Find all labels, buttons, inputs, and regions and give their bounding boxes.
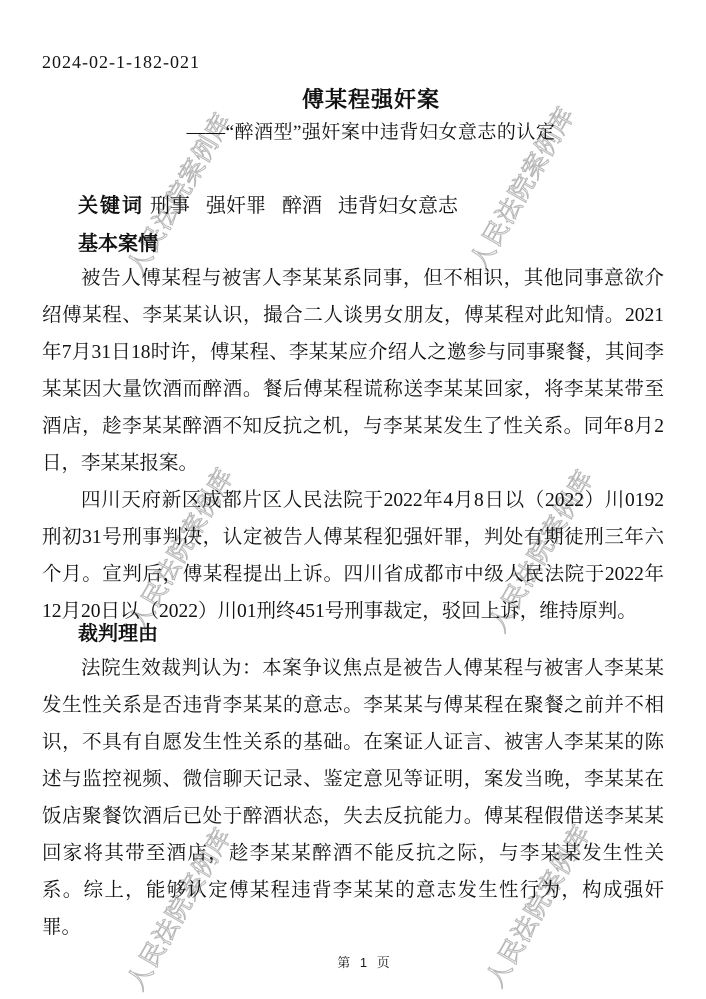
document-title: 傅某程强奸案: [42, 87, 664, 113]
keywords-label: 关键词: [78, 195, 144, 217]
keyword-item: 醉酒: [282, 195, 322, 217]
case-number: 2024-02-1-182-021: [42, 50, 664, 74]
basic-facts-paragraph: 四川天府新区成都片区人民法院于2022年4月8日以（2022）川0192刑初31…: [42, 482, 664, 630]
judgment-reasons-paragraph: 法院生效裁判认为：本案争议焦点是被告人傅某程与被害人李某某发生性关系是否违背李某…: [42, 650, 664, 946]
section-heading-basic-facts: 基本案情: [42, 234, 664, 254]
document-content: 2024-02-1-182-021 傅某程强奸案 ——“醉酒型”强奸案中违背妇女…: [0, 0, 706, 946]
document-page: 人民法院案例库 人民法院案例库 人民法院案例库 人民法院案例库 人民法院案例库 …: [0, 0, 706, 999]
keyword-item: 强奸罪: [206, 195, 266, 217]
basic-facts-paragraph: 被告人傅某程与被害人李某某系同事，但不相识，其他同事意欲介绍傅某程、李某某认识，…: [42, 260, 664, 482]
keyword-item: 刑事: [150, 195, 190, 217]
keyword-item: 违背妇女意志: [338, 195, 458, 217]
page-number-footer: 第 1 页: [0, 952, 706, 971]
document-subtitle: ——“醉酒型”强奸案中违背妇女意志的认定: [42, 118, 664, 148]
keywords-line: 关键词刑事强奸罪醉酒违背妇女意志: [42, 188, 664, 225]
